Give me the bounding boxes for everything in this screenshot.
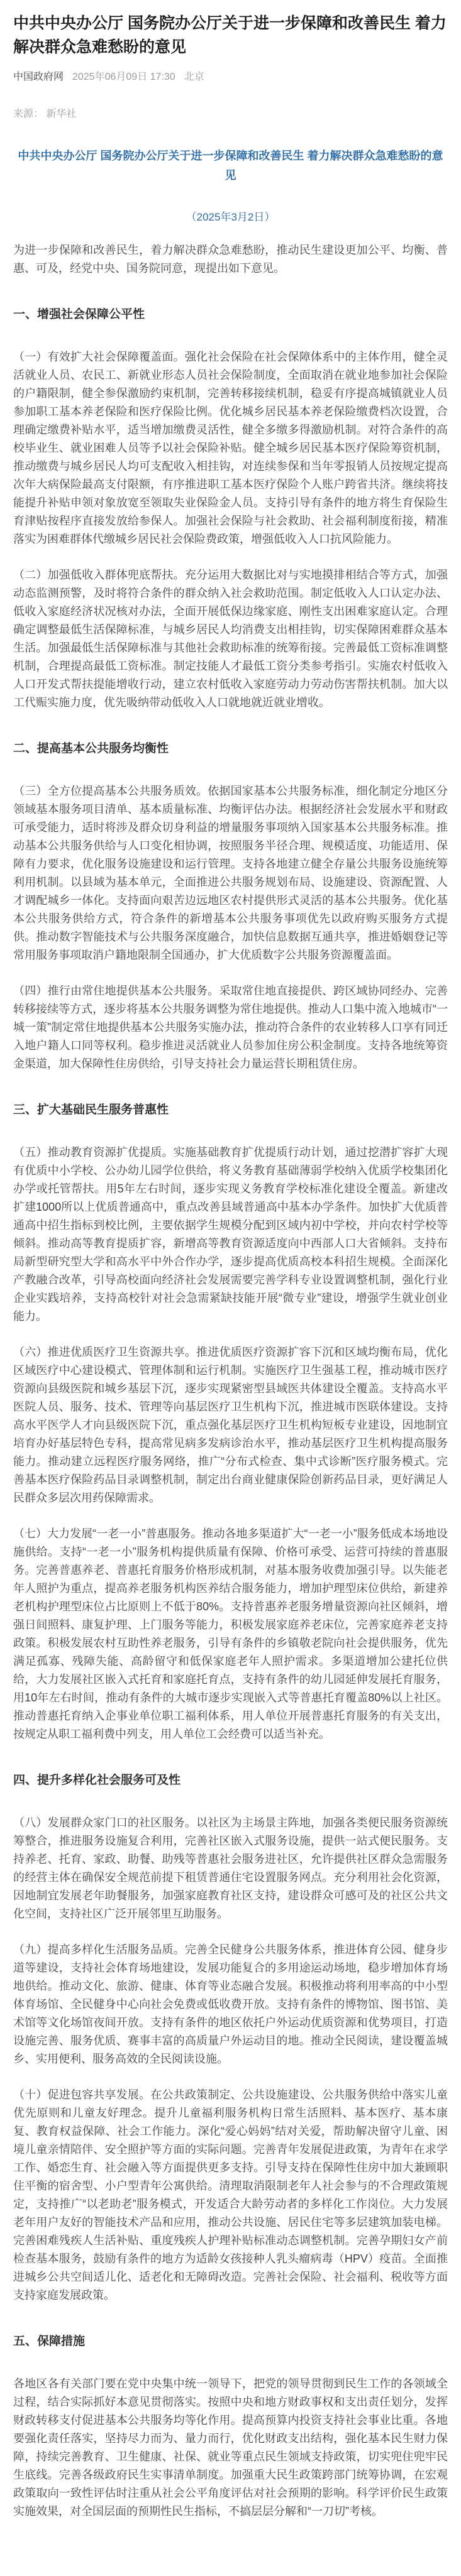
section-heading: 四、提升多样化社会服务可及性	[13, 1772, 448, 1789]
publish-datetime: 2025年06月09日 17:30	[72, 70, 175, 84]
article-page: 中共中央办公厅 国务院办公厅关于进一步保障和改善民生 着力解决群众急难愁盼的意见…	[0, 0, 461, 2576]
source-site-link[interactable]: 中国政府网	[13, 70, 64, 84]
article-sections: 一、增强社会保障公平性（一）有效扩大社会保障覆盖面。强化社会保险在社会保障体系中…	[13, 307, 448, 2521]
body-paragraph: （二）加强低收入群体兜底帮扶。充分运用大数据比对与实地摸排相结合等方式，加强动态…	[13, 566, 448, 712]
body-paragraph: （七）大力发展“一老一小”普惠服务。推动各地多渠道扩大“一老一小”服务低成本场地…	[13, 1525, 448, 1744]
source-line: 来源： 新华社	[13, 106, 448, 120]
article-date: （2025年3月2日）	[13, 208, 448, 224]
body-paragraph: （八）发展群众家门口的社区服务。以社区为主场景主阵地，加强各类便民服务资源统筹整…	[13, 1814, 448, 1923]
body-paragraph: （六）推进优质医疗卫生资源共享。推进优质医疗资源扩容下沉和区域均衡布局，优化区域…	[13, 1343, 448, 1507]
body-paragraph: （五）推动教育资源扩优提质。实施基础教育扩优提质行动计划，通过挖潜扩容扩大现有优…	[13, 1143, 448, 1326]
body-paragraph: （十）促进包容共享发展。在公共政策制定、公共设施建设、公共服务供给中落实儿童优先…	[13, 2086, 448, 2305]
intro-paragraph: 为进一步保障和改善民生，着力解决群众急难愁盼，推动民生建设更加公平、均衡、普惠、…	[13, 241, 448, 278]
body-paragraph: （四）推行由常住地提供基本公共服务。采取常住地直接提供、跨区域协同经办、完善转移…	[13, 982, 448, 1073]
page-title: 中共中央办公厅 国务院办公厅关于进一步保障和改善民生 着力解决群众急难愁盼的意见	[13, 11, 448, 59]
section-heading: 二、提高基本公共服务均衡性	[13, 741, 448, 757]
section-heading: 五、保障措施	[13, 2333, 448, 2350]
body-paragraph: 各地区各有关部门要在党中央集中统一领导下，把党的领导贯彻到民生工作的各领域全过程…	[13, 2375, 448, 2521]
article-title: 中共中央办公厅 国务院办公厅关于进一步保障和改善民生 着力解决群众急难愁盼的意见	[13, 146, 448, 185]
publish-location: 北京	[184, 70, 204, 84]
body-paragraph: （一）有效扩大社会保障覆盖面。强化社会保险在社会保障体系中的主体作用，健全灵活就…	[13, 348, 448, 548]
section-heading: 一、增强社会保障公平性	[13, 307, 448, 323]
body-paragraph: （三）全方位提高基本公共服务质效。依据国家基本公共服务标准，细化制定分地区分领域…	[13, 782, 448, 964]
body-paragraph: （九）提高多样化生活服务品质。完善全民健身公共服务体系，推进体育公园、健身步道等…	[13, 1941, 448, 2068]
article-body: 中共中央办公厅 国务院办公厅关于进一步保障和改善民生 着力解决群众急难愁盼的意见…	[13, 146, 448, 2521]
section-heading: 三、扩大基础民生服务普惠性	[13, 1102, 448, 1118]
meta-row: 中国政府网 2025年06月09日 17:30 北京	[13, 70, 448, 84]
